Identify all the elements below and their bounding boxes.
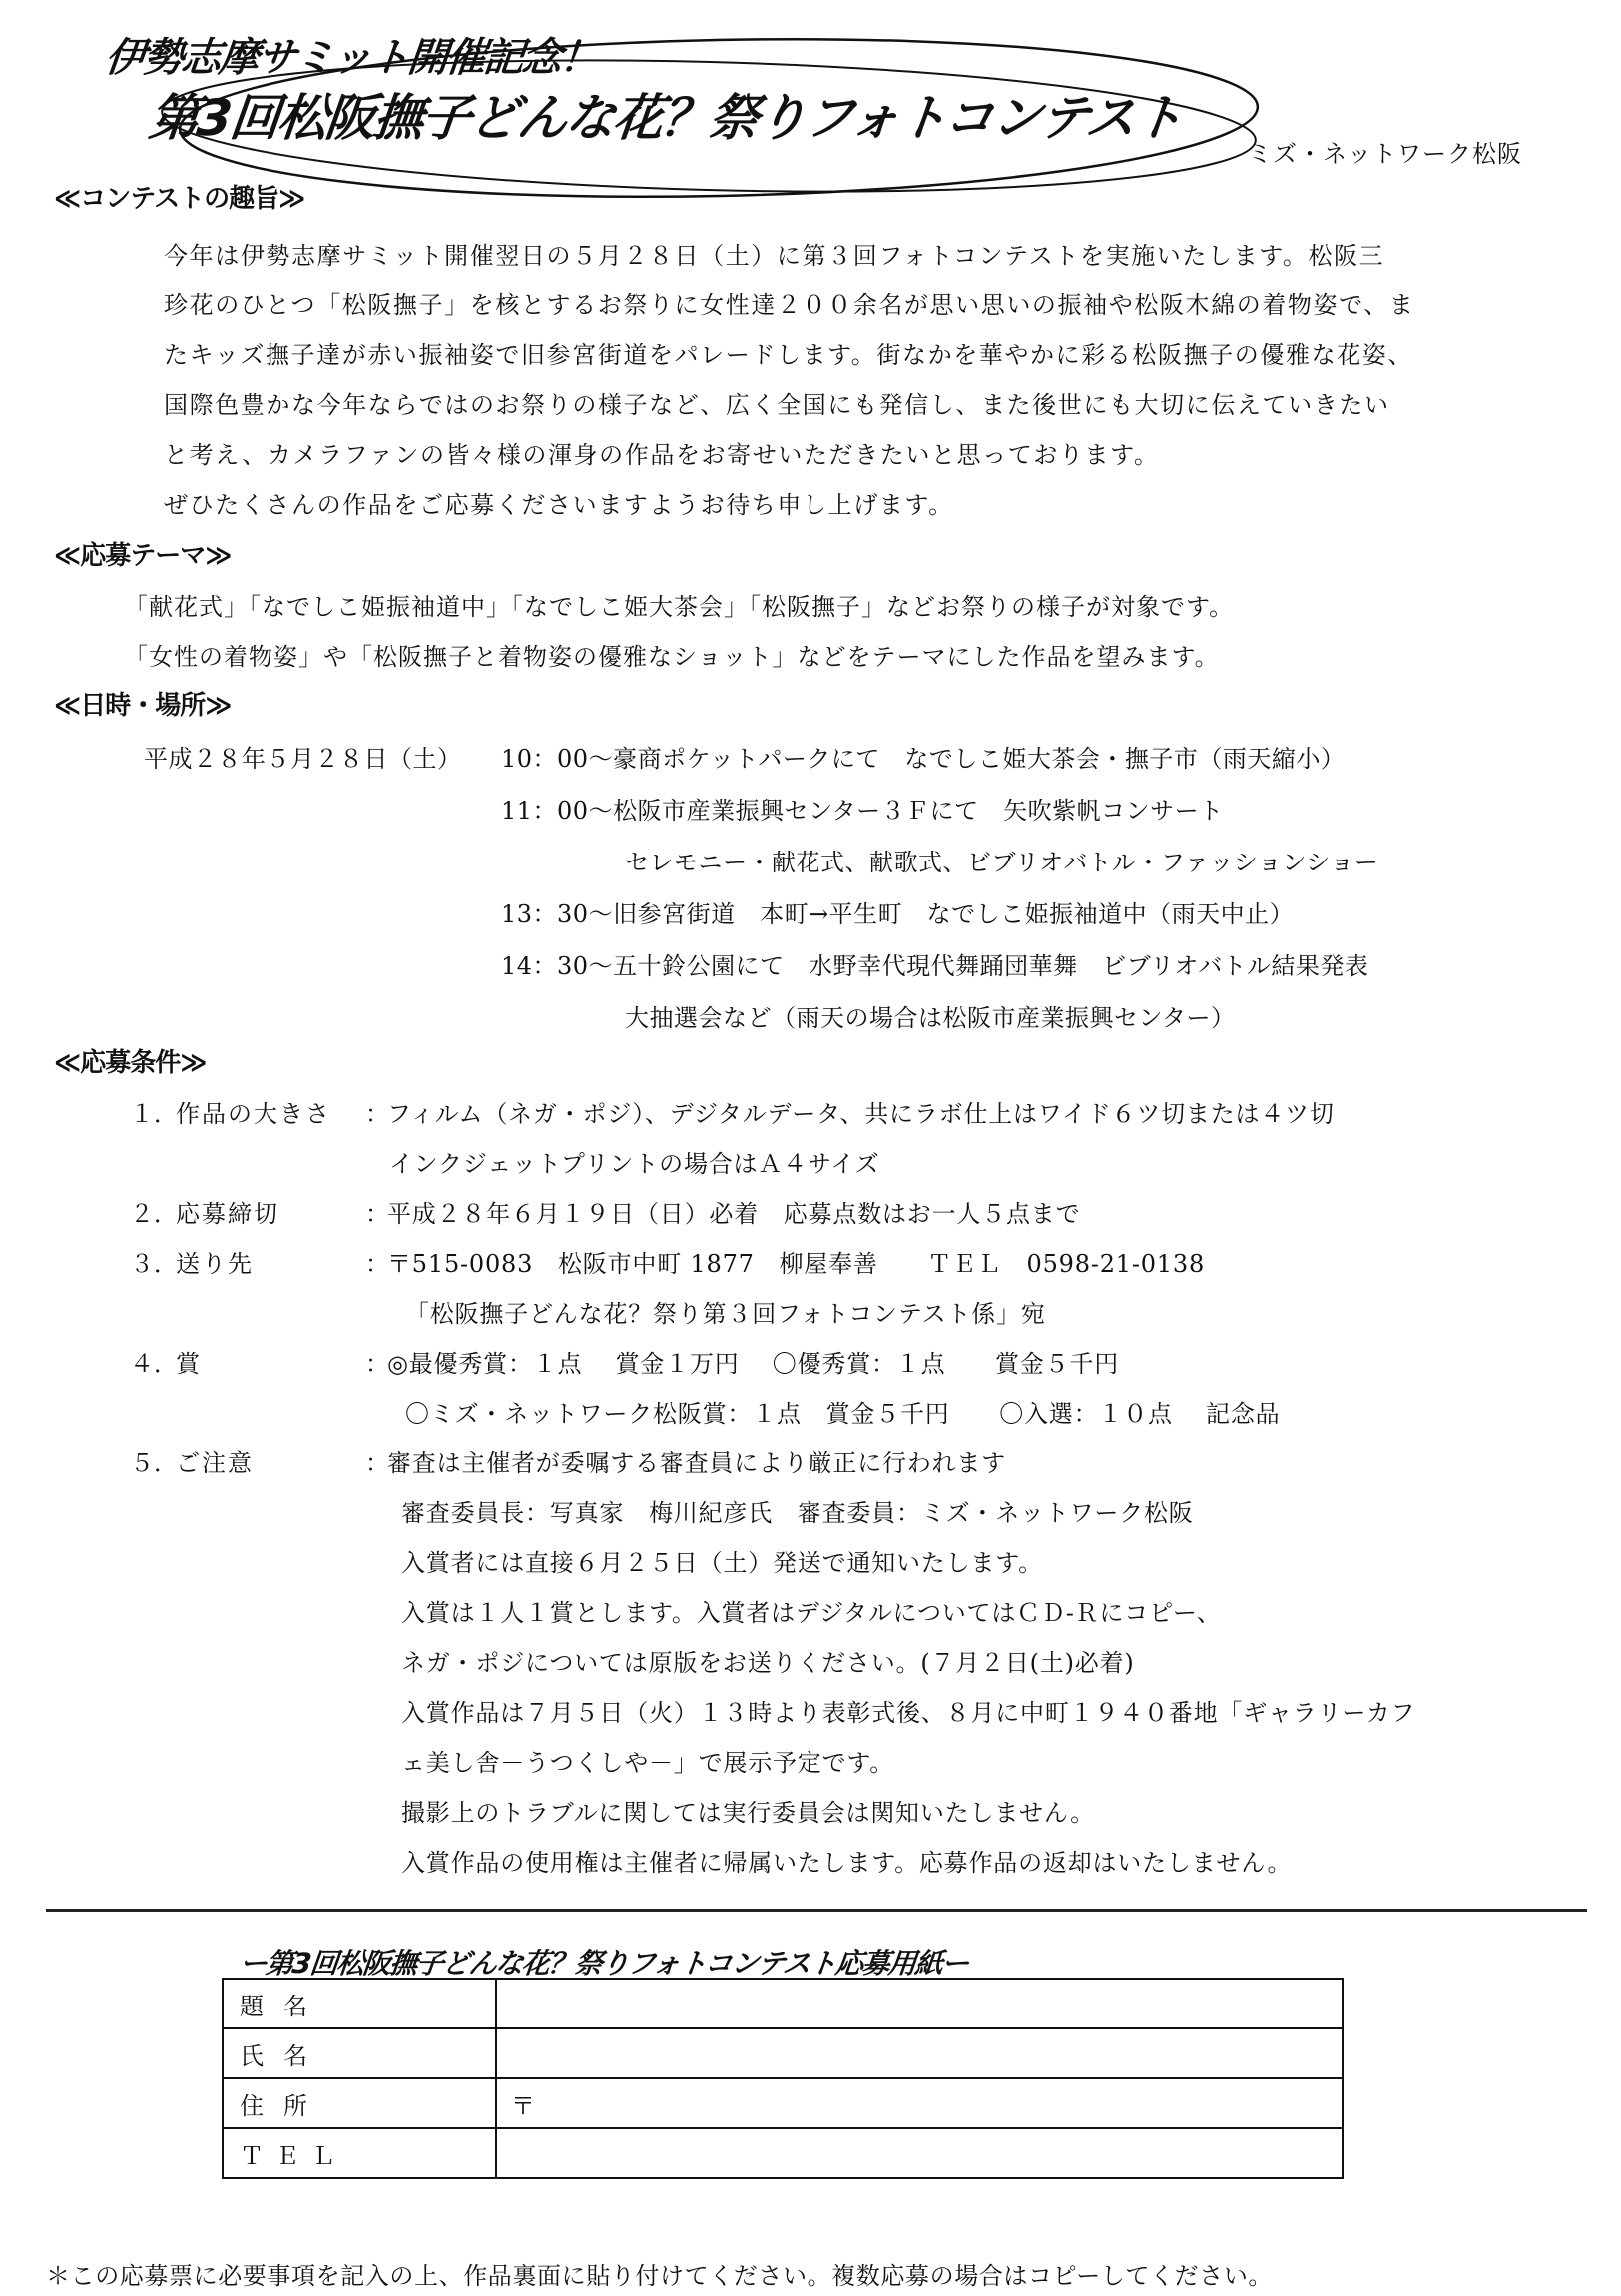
condition-number: ５． (130, 1443, 178, 1478)
condition-text: 〒515-0083 松阪市中町 1877 柳屋奉善 ＴＥＬ 0598-21-01… (387, 1244, 1205, 1279)
entry-form-table: 題名 氏名 住所 〒 ＴＥＬ (222, 1978, 1344, 2179)
purpose-line: 珍花のひとつ「松阪撫子」を核とするお祭りに女性達２００余名が思い思いの振袖や松阪… (164, 286, 1414, 320)
entry-form-row: 題名 (223, 1979, 1343, 2028)
condition-text: フィルム（ネガ・ポジ）、デジタルデータ、共にラボ仕上はワイド６ツ切または４ツ切 (387, 1094, 1335, 1129)
condition-number: ３． (130, 1244, 178, 1279)
header-subtitle: 伊勢志摩サミット開催記念！ (103, 26, 601, 83)
theme-line: 「女性の着物姿」や「松阪撫子と着物姿の優雅なショット」などをテーマにした作品を望… (124, 637, 1220, 672)
condition-text: 平成２８年６月１９日（日）必着 応募点数はお一人５点まで (387, 1194, 1080, 1229)
condition-text: ネガ・ポジについては原版をお送りください。(７月２日(土)必着) (401, 1643, 1135, 1678)
entry-form-field-name[interactable] (496, 2028, 1343, 2078)
entry-form-row: ＴＥＬ (223, 2128, 1343, 2178)
schedule-date: 平成２８年５月２８日（土） (144, 739, 462, 774)
schedule-event: 11：00～松阪市産業振興センター３Ｆにて 矢吹紫帆コンサート (501, 791, 1224, 826)
condition-text: 「松阪撫子どんな花？祭り第３回フォトコンテスト係」宛 (405, 1294, 1046, 1329)
schedule-event: 13：30～旧参宮街道 本町→平生町 なでしこ姫振袖道中（雨天中止） (501, 894, 1294, 929)
entry-form-label-tel: ＴＥＬ (223, 2128, 496, 2178)
purpose-line: たキッズ撫子達が赤い振袖姿で旧参宮街道をパレードします。街なかを華やかに彩る松阪… (164, 335, 1413, 370)
entry-form-title: ー第3回松阪撫子どんな花？祭りフォトコンテスト応募用紙ー (238, 1942, 970, 1982)
condition-text: 撮影上のトラブルに関しては実行委員会は関知いたしません。 (401, 1793, 1095, 1828)
theme-line: 「献花式」「なでしこ姫振袖道中」「なでしこ姫大茶会」「松阪撫子」などお祭りの様子… (124, 587, 1234, 622)
condition-text: 審査委員長：写真家 梅川紀彦氏 審査委員：ミズ・ネットワーク松阪 (401, 1493, 1194, 1528)
schedule-event: セレモニー・献花式、献歌式、ビブリオバトル・ファッションショー (625, 843, 1378, 877)
condition-text: ◎最優秀賞：１点 賞金１万円 〇優秀賞：１点 賞金５千円 (387, 1344, 1119, 1379)
schedule-event: 大抽選会など（雨天の場合は松阪市産業振興センター） (625, 998, 1236, 1033)
purpose-line: 今年は伊勢志摩サミット開催翌日の５月２８日（土）に第３回フォトコンテストを実施い… (164, 236, 1384, 271)
purpose-line: 国際色豊かな今年ならではのお祭りの様子など、広く全国にも発信し、また後世にも大切… (164, 385, 1390, 420)
section-heading-theme: ≪応募テーマ≫ (54, 535, 231, 572)
entry-form-field-address[interactable]: 〒 (496, 2078, 1343, 2128)
condition-text: 〇ミズ・ネットワーク松阪賞：１点 賞金５千円 〇入選：１０点 記念品 (405, 1394, 1280, 1429)
condition-text: 入賞は１人１賞とします。入賞者はデジタルについてはＣＤ-Ｒにコピー、 (401, 1593, 1222, 1628)
condition-colon: ： (365, 1244, 389, 1279)
condition-colon: ： (365, 1344, 389, 1379)
condition-label: 送り先 (176, 1244, 254, 1279)
condition-label: 応募締切 (176, 1194, 279, 1229)
entry-form-field-tel[interactable] (496, 2128, 1343, 2178)
schedule-event: 14：30～五十鈴公園にて 水野幸代現代舞踊団華舞 ビブリオバトル結果発表 (501, 946, 1368, 981)
entry-form-footnote: ＊この応募票に必要事項を記入の上、作品裏面に貼り付けてください。複数応募の場合は… (46, 2256, 1273, 2291)
section-heading-purpose: ≪コンテストの趣旨≫ (54, 178, 304, 215)
condition-text: 入賞作品の使用権は主催者に帰属いたします。応募作品の返却はいたしません。 (401, 1843, 1292, 1878)
condition-text: 審査は主催者が委嘱する審査員により厳正に行われます (387, 1443, 1006, 1478)
condition-colon: ： (365, 1194, 389, 1229)
header-title: 第3回松阪撫子どんな花？祭りフォトコンテスト (146, 78, 1186, 150)
condition-text: 入賞者には直接６月２５日（土）発送で通知いたします。 (401, 1543, 1043, 1578)
condition-text: 入賞作品は７月５日（火）１３時より表彰式後、８月に中町１９４０番地「ギャラリーカ… (401, 1693, 1415, 1728)
purpose-line: ぜひたくさんの作品をご応募くださいますようお待ち申し上げます。 (164, 485, 954, 520)
condition-text: ェ美し舎－うつくしや－」で展示予定です。 (401, 1743, 894, 1778)
condition-label: ご注意 (176, 1443, 254, 1478)
entry-form-label-name: 氏名 (223, 2028, 496, 2078)
entry-form-row: 氏名 (223, 2028, 1343, 2078)
condition-number: １． (130, 1094, 178, 1129)
entry-form-label-title: 題名 (223, 1979, 496, 2028)
organizer-name: ミズ・ネットワーク松阪 (1248, 134, 1522, 169)
schedule-event: 10：00～豪商ポケットパークにて なでしこ姫大茶会・撫子市（雨天縮小） (501, 739, 1345, 774)
section-heading-schedule: ≪日時・場所≫ (54, 685, 231, 722)
condition-number: ２． (130, 1194, 178, 1229)
condition-label: 作品の大きさ (176, 1094, 331, 1129)
condition-number: ４． (130, 1344, 178, 1379)
condition-colon: ： (365, 1443, 389, 1478)
condition-text: インクジェットプリントの場合はＡ４サイズ (389, 1144, 879, 1179)
condition-colon: ： (365, 1094, 389, 1129)
entry-form-label-address: 住所 (223, 2078, 496, 2128)
purpose-line: と考え、カメラファンの皆々様の渾身の作品をお寄せいただきたいと思っております。 (164, 435, 1159, 470)
entry-form-field-title[interactable] (496, 1979, 1343, 2028)
entry-form-row: 住所 〒 (223, 2078, 1343, 2128)
condition-label: 賞 (176, 1344, 202, 1379)
section-heading-conditions: ≪応募条件≫ (54, 1042, 206, 1079)
section-divider (46, 1909, 1587, 1912)
